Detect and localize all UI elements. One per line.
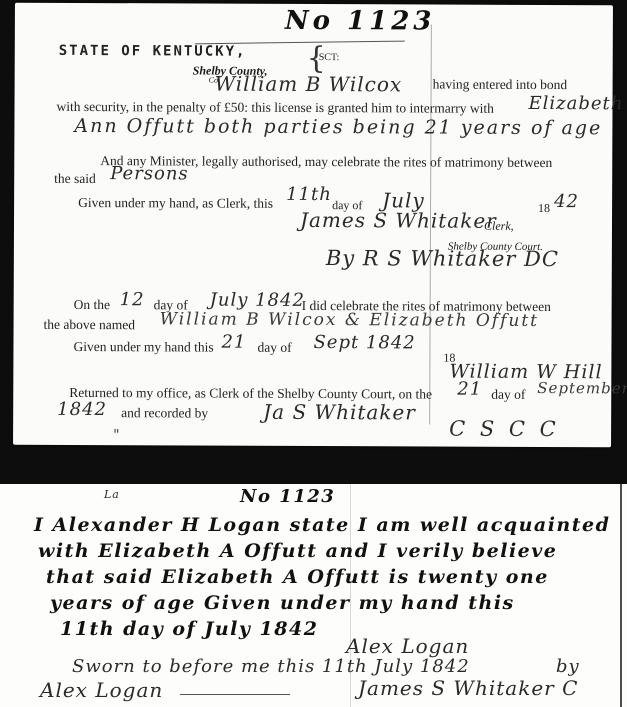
affidavit-line-1: I Alexander H Logan state I am well acqu… [34,514,610,536]
said-persons: Persons [110,163,189,184]
return-day-of: day of [491,387,525,403]
margin-mark: " [113,427,121,443]
security-text: with security, in the penalty of £50: th… [56,99,493,117]
cert-given-day: 21 [221,332,246,353]
bride-age-line: Ann Offutt both parties being 21 years o… [74,115,602,139]
year-suffix: 42 [554,191,579,212]
groom-name: William B Wilcox [215,72,403,97]
license-number: No 1123 [285,6,436,37]
ceremony-month-year: July 1842 [210,290,305,311]
cert-given-text: Given under my hand this [73,339,213,356]
cert-given-day-of: day of [257,340,291,356]
recorder-title: C S C C [449,417,560,441]
recorded-by-text: and recorded by [121,405,208,421]
return-month: September [537,379,627,397]
sworn-suffix: by [556,656,580,677]
affidavit-line-5: 11th day of July 1842 [60,618,318,640]
bond-text: having entered into bond [433,77,568,94]
recorder-signature: Ja S Whitaker [263,400,416,425]
given-day: 11th [286,184,332,205]
affidavit-right-edge [620,484,622,707]
affidavit-signature: Alex Logan [346,634,469,658]
signature-flourish [180,694,290,695]
return-day: 21 [457,379,482,400]
on-the-text: On the [74,297,110,313]
bride-first-name: Elizabeth [528,93,623,114]
cert-given-month-year: Sept 1842 [313,332,415,353]
ceremony-day: 12 [120,289,145,310]
affidavit-number: No 1123 [240,486,335,507]
marriage-license-sheet: No 1123 STATE OF KENTUCKY, Shelby County… [13,3,613,448]
affidavit-corner-mark: La [104,488,120,501]
affidavit-line-2: with Elizabeth A Offutt and I verily bel… [38,540,557,562]
above-named-text: the above named [44,317,136,333]
couple-names: William B Wilcox & Elizabeth Offutt [160,309,540,331]
clerk-label: Clerk, [484,219,514,234]
affidavit-clerk-signature: James S Whitaker C [358,676,578,700]
year-prefix: 18 [538,201,550,216]
affidavit-sheet: La No 1123 I Alexander H Logan state I a… [0,484,627,707]
affidavit-line-3: that said Elizabeth A Offutt is twenty o… [46,566,549,588]
return-year: 1842 [57,399,107,420]
affidavit-left-signature: Alex Logan [40,678,163,702]
said-prefix: the said [54,171,96,187]
affidavit-line-4: years of age Given under my hand this [50,592,515,614]
clerk-signature: James S Whitaker [300,208,497,233]
sworn-text: Sworn to before me this 11th July 1842 [72,656,470,677]
deputy-signature: By R S Whitaker DC [326,246,559,271]
sct-label: SCT: [319,52,340,63]
given-clerk-text: Given under my hand, as Clerk, this [78,195,273,212]
state-heading: STATE OF KENTUCKY, [59,43,247,60]
